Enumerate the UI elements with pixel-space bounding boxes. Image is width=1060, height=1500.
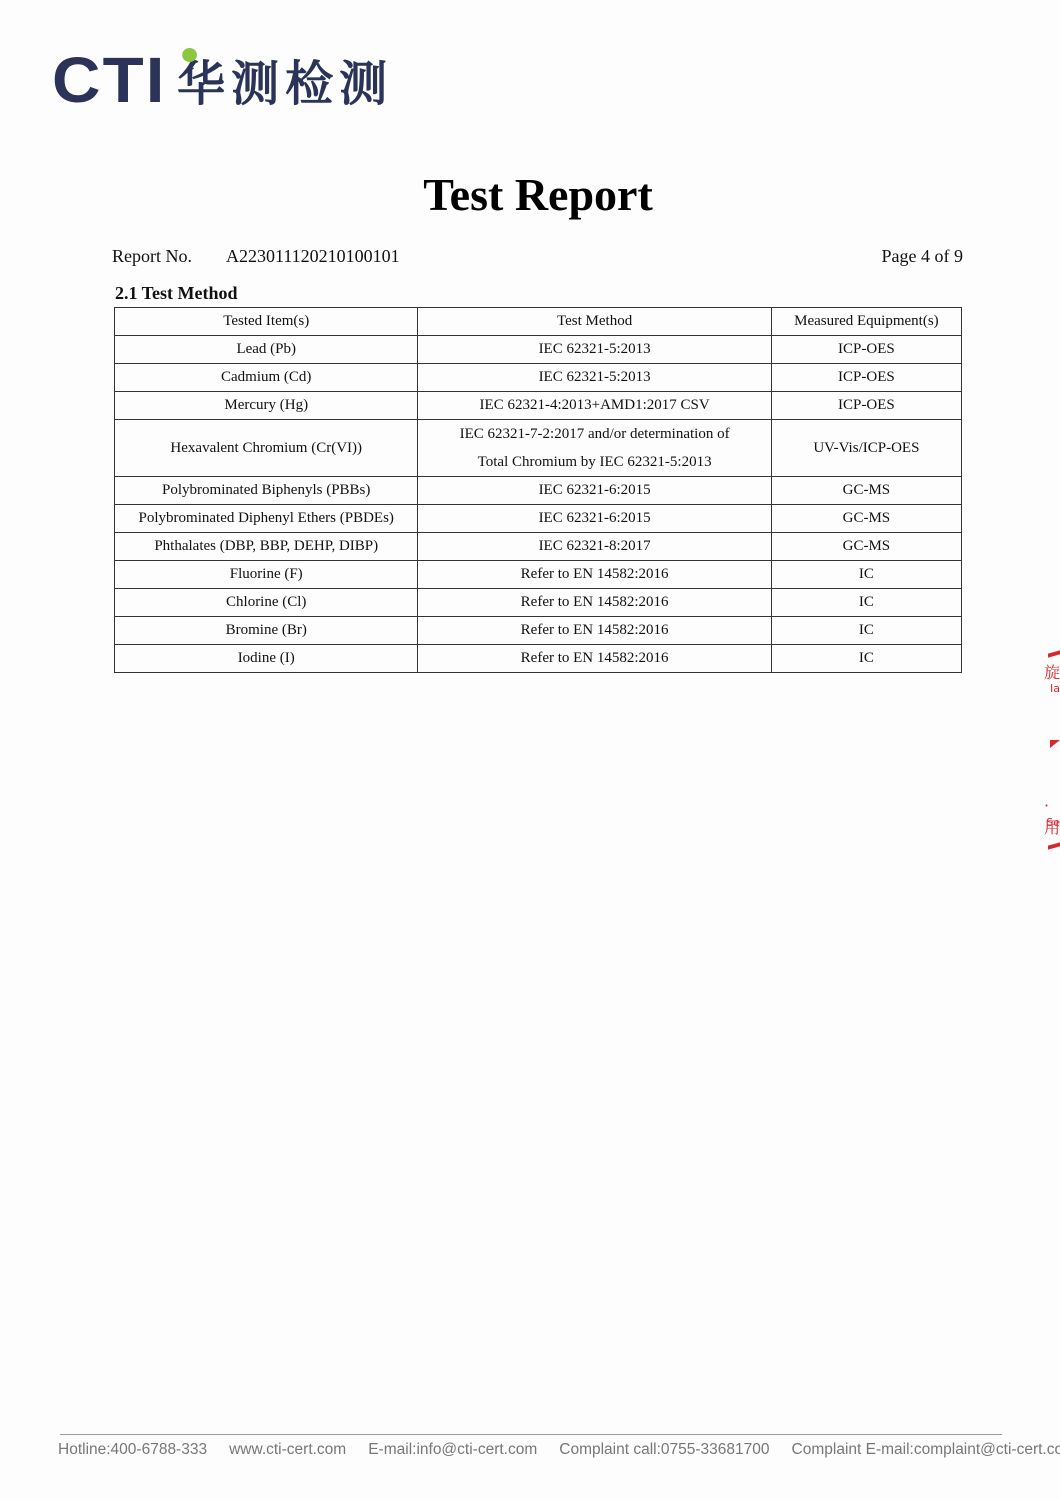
footer-divider — [60, 1434, 1002, 1435]
report-number: A223011120210100101 — [226, 246, 400, 267]
table-row: Polybrominated Diphenyl Ethers (PBDEs)IE… — [115, 505, 962, 533]
header-measured-equipment: Measured Equipment(s) — [771, 308, 961, 336]
footer-complaint-email[interactable]: Complaint E-mail:complaint@cti-cert.com — [792, 1441, 1060, 1459]
table-header-row: Tested Item(s) Test Method Measured Equi… — [115, 308, 962, 336]
cti-logo: CTI 华测检测 — [52, 40, 393, 112]
logo-green-dot-icon — [182, 48, 197, 62]
footer-hotline: Hotline:400-6788-333 — [58, 1441, 207, 1459]
table-row: Phthalates (DBP, BBP, DEHP, DIBP)IEC 623… — [115, 533, 962, 561]
logo-chinese-text: 华测检测 — [177, 56, 393, 112]
page-number: Page 4 of 9 — [882, 246, 963, 267]
stamp-triangle-icon — [1050, 740, 1060, 748]
cell-tested-item: Hexavalent Chromium (Cr(VI)) — [115, 420, 418, 477]
cell-measured-equipment: ICP-OES — [771, 392, 961, 420]
cell-test-method: IEC 62321-4:2013+AMD1:2017 CSV — [418, 392, 771, 420]
test-method-table: Tested Item(s) Test Method Measured Equi… — [114, 307, 962, 673]
footer-complaint-call: Complaint call:0755-33681700 — [559, 1441, 769, 1459]
cell-measured-equipment: IC — [771, 561, 961, 589]
table-row: Bromine (Br)Refer to EN 14582:2016IC — [115, 617, 962, 645]
cell-tested-item: Fluorine (F) — [115, 561, 418, 589]
red-stamp-fragment: 旋 Ia ·用 Se — [1046, 648, 1060, 853]
header-test-method: Test Method — [418, 308, 771, 336]
stamp-glyph: 旋 — [1044, 660, 1060, 683]
cell-tested-item: Chlorine (Cl) — [115, 589, 418, 617]
cell-tested-item: Iodine (I) — [115, 645, 418, 673]
footer-website[interactable]: www.cti-cert.com — [229, 1441, 346, 1459]
stamp-bar — [1048, 650, 1060, 657]
cell-test-method: IEC 62321-5:2013 — [418, 364, 771, 392]
table-row: Polybrominated Biphenyls (PBBs)IEC 62321… — [115, 477, 962, 505]
cell-tested-item: Phthalates (DBP, BBP, DEHP, DIBP) — [115, 533, 418, 561]
cell-test-method: Refer to EN 14582:2016 — [418, 617, 771, 645]
cell-tested-item: Polybrominated Diphenyl Ethers (PBDEs) — [115, 505, 418, 533]
cell-tested-item: Bromine (Br) — [115, 617, 418, 645]
cell-tested-item: Cadmium (Cd) — [115, 364, 418, 392]
section-heading: 2.1 Test Method — [115, 283, 238, 304]
cell-measured-equipment: IC — [771, 645, 961, 673]
cell-measured-equipment: IC — [771, 617, 961, 645]
cell-measured-equipment: GC-MS — [771, 477, 961, 505]
cell-test-method: Refer to EN 14582:2016 — [418, 561, 771, 589]
cell-test-method: IEC 62321-6:2015 — [418, 477, 771, 505]
table-row: Cadmium (Cd)IEC 62321-5:2013ICP-OES — [115, 364, 962, 392]
stamp-bar — [1048, 842, 1060, 849]
logo-wordmark: CTI — [52, 44, 167, 116]
stamp-glyph: Ia — [1050, 682, 1060, 695]
table-row: Lead (Pb)IEC 62321-5:2013ICP-OES — [115, 336, 962, 364]
header-tested-items: Tested Item(s) — [115, 308, 418, 336]
stamp-glyph: Se — [1046, 816, 1060, 829]
cell-test-method: IEC 62321-8:2017 — [418, 533, 771, 561]
cell-measured-equipment: GC-MS — [771, 533, 961, 561]
test-method-line-2: Total Chromium by IEC 62321-5:2013 — [422, 448, 766, 476]
cell-test-method: IEC 62321-6:2015 — [418, 505, 771, 533]
test-method-line-1: IEC 62321-7-2:2017 and/or determination … — [422, 420, 766, 448]
cell-test-method: Refer to EN 14582:2016 — [418, 645, 771, 673]
table-row: Iodine (I)Refer to EN 14582:2016IC — [115, 645, 962, 673]
cell-measured-equipment: IC — [771, 589, 961, 617]
table-row: Chlorine (Cl)Refer to EN 14582:2016IC — [115, 589, 962, 617]
footer: Hotline:400-6788-333 www.cti-cert.com E-… — [58, 1441, 1060, 1459]
footer-email[interactable]: E-mail:info@cti-cert.com — [368, 1441, 537, 1459]
cell-test-method: IEC 62321-5:2013 — [418, 336, 771, 364]
cell-measured-equipment: ICP-OES — [771, 364, 961, 392]
cell-tested-item: Polybrominated Biphenyls (PBBs) — [115, 477, 418, 505]
cell-tested-item: Lead (Pb) — [115, 336, 418, 364]
cell-test-method: Refer to EN 14582:2016 — [418, 589, 771, 617]
logo-cti-text: CTI — [52, 48, 167, 112]
cell-test-method: IEC 62321-7-2:2017 and/or determination … — [418, 420, 771, 477]
cell-measured-equipment: GC-MS — [771, 505, 961, 533]
table-row: Fluorine (F)Refer to EN 14582:2016IC — [115, 561, 962, 589]
table-row: Mercury (Hg)IEC 62321-4:2013+AMD1:2017 C… — [115, 392, 962, 420]
document-title: Test Report — [8, 168, 1060, 221]
cell-measured-equipment: UV-Vis/ICP-OES — [771, 420, 961, 477]
table-row: Hexavalent Chromium (Cr(VI))IEC 62321-7-… — [115, 420, 962, 477]
cell-tested-item: Mercury (Hg) — [115, 392, 418, 420]
cell-measured-equipment: ICP-OES — [771, 336, 961, 364]
report-number-label: Report No. — [112, 246, 192, 267]
